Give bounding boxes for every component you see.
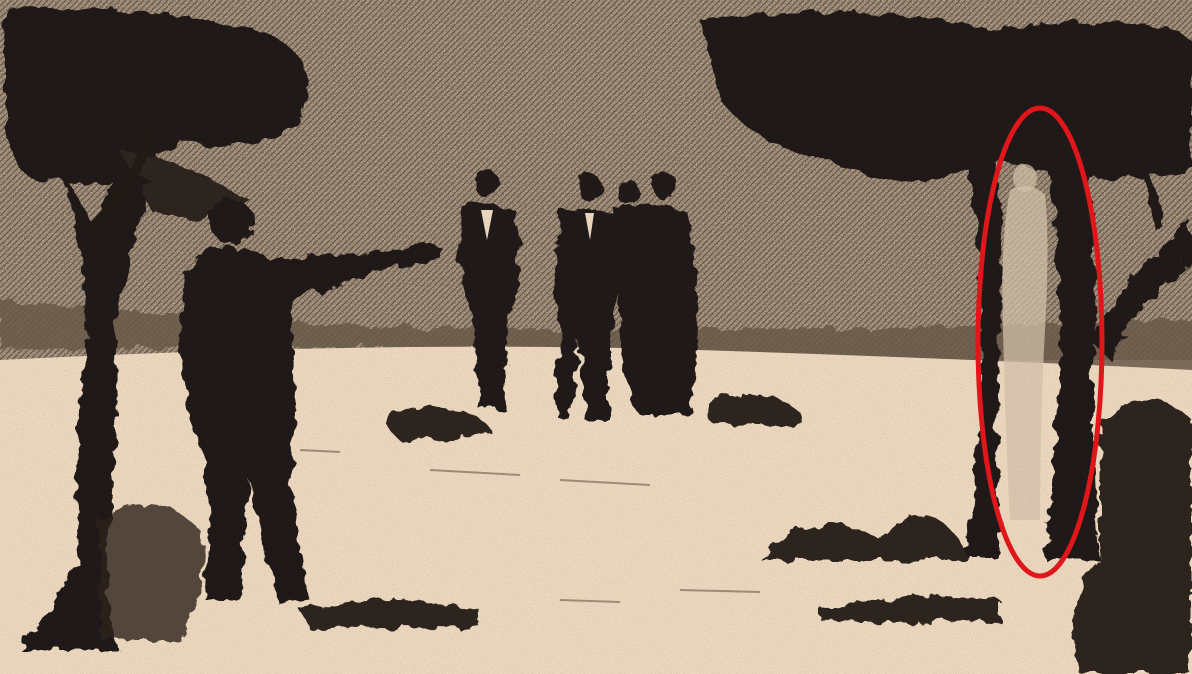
illustration: [0, 0, 1192, 674]
engraving-scene: [0, 0, 1192, 674]
grain-overlay: [0, 0, 1192, 674]
